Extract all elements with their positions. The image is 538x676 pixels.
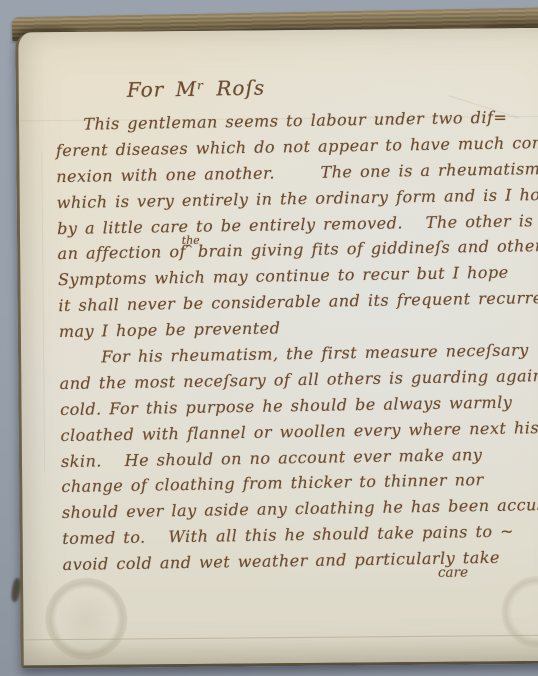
line-text-after: brain giving fits of giddineſs and other [198, 236, 538, 261]
photograph-of-manuscript: For Mʳ Roſs This gentleman seems to labo… [0, 0, 538, 676]
manuscript-page: For Mʳ Roſs This gentleman seems to labo… [15, 28, 538, 669]
paper-crease [41, 152, 45, 472]
manuscript-book: For Mʳ Roſs This gentleman seems to labo… [12, 6, 538, 672]
page-title: For Mʳ Roſs [127, 68, 533, 105]
inserted-word: the [182, 228, 200, 254]
line-text-before: an affection of [57, 242, 186, 263]
page-edges-bottom [24, 635, 538, 666]
catchword: care [438, 565, 468, 581]
letter-body: This gentleman seems to labour under two… [55, 104, 538, 578]
interlinear-insertion: ^the [186, 241, 198, 257]
handwritten-text: For Mʳ Roſs This gentleman seems to labo… [55, 68, 538, 578]
